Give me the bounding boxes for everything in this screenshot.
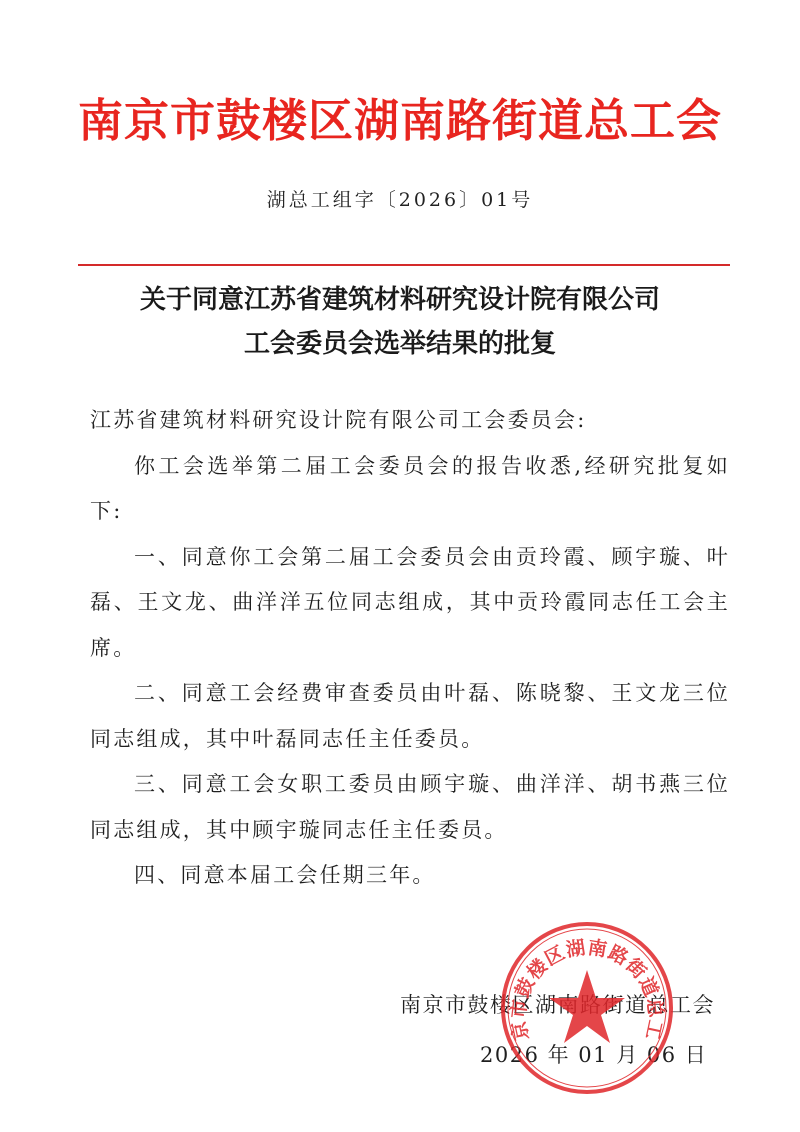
paragraph-intro: 你工会选举第二届工会委员会的报告收悉,经研究批复如下: [90,444,730,535]
signature-date: 2026 年 01 月 06 日 [480,1032,707,1078]
signature-organization: 南京市鼓楼区湖南路街道总工会 [400,982,715,1028]
red-divider-rule [78,264,730,266]
paragraph-item-1: 一、同意你工会第二届工会委员会由贡玲霞、顾宇璇、叶磊、王文龙、曲洋洋五位同志组成… [90,535,730,672]
masthead-title: 南京市鼓楼区湖南路街道总工会 [0,88,800,154]
document-title: 关于同意江苏省建筑材料研究设计院有限公司 工会委员会选举结果的批复 [0,278,800,366]
paragraph-item-2: 二、同意工会经费审查委员由叶磊、陈晓黎、王文龙三位同志组成，其中叶磊同志任主任委… [90,671,730,762]
document-number: 湖总工组字〔2026〕01号 [0,185,800,215]
title-line-1: 关于同意江苏省建筑材料研究设计院有限公司 [0,278,800,322]
document-page: 南京市鼓楼区湖南路街道总工会 湖总工组字〔2026〕01号 关于同意江苏省建筑材… [0,0,800,1132]
paragraph-item-3: 三、同意工会女职工委员由顾宇璇、曲洋洋、胡书燕三位同志组成，其中顾宇璇同志任主任… [90,762,730,853]
paragraph-item-4: 四、同意本届工会任期三年。 [90,853,730,899]
document-body: 江苏省建筑材料研究设计院有限公司工会委员会: 你工会选举第二届工会委员会的报告收… [90,398,730,899]
title-line-2: 工会委员会选举结果的批复 [0,322,800,366]
salutation: 江苏省建筑材料研究设计院有限公司工会委员会: [90,398,730,444]
